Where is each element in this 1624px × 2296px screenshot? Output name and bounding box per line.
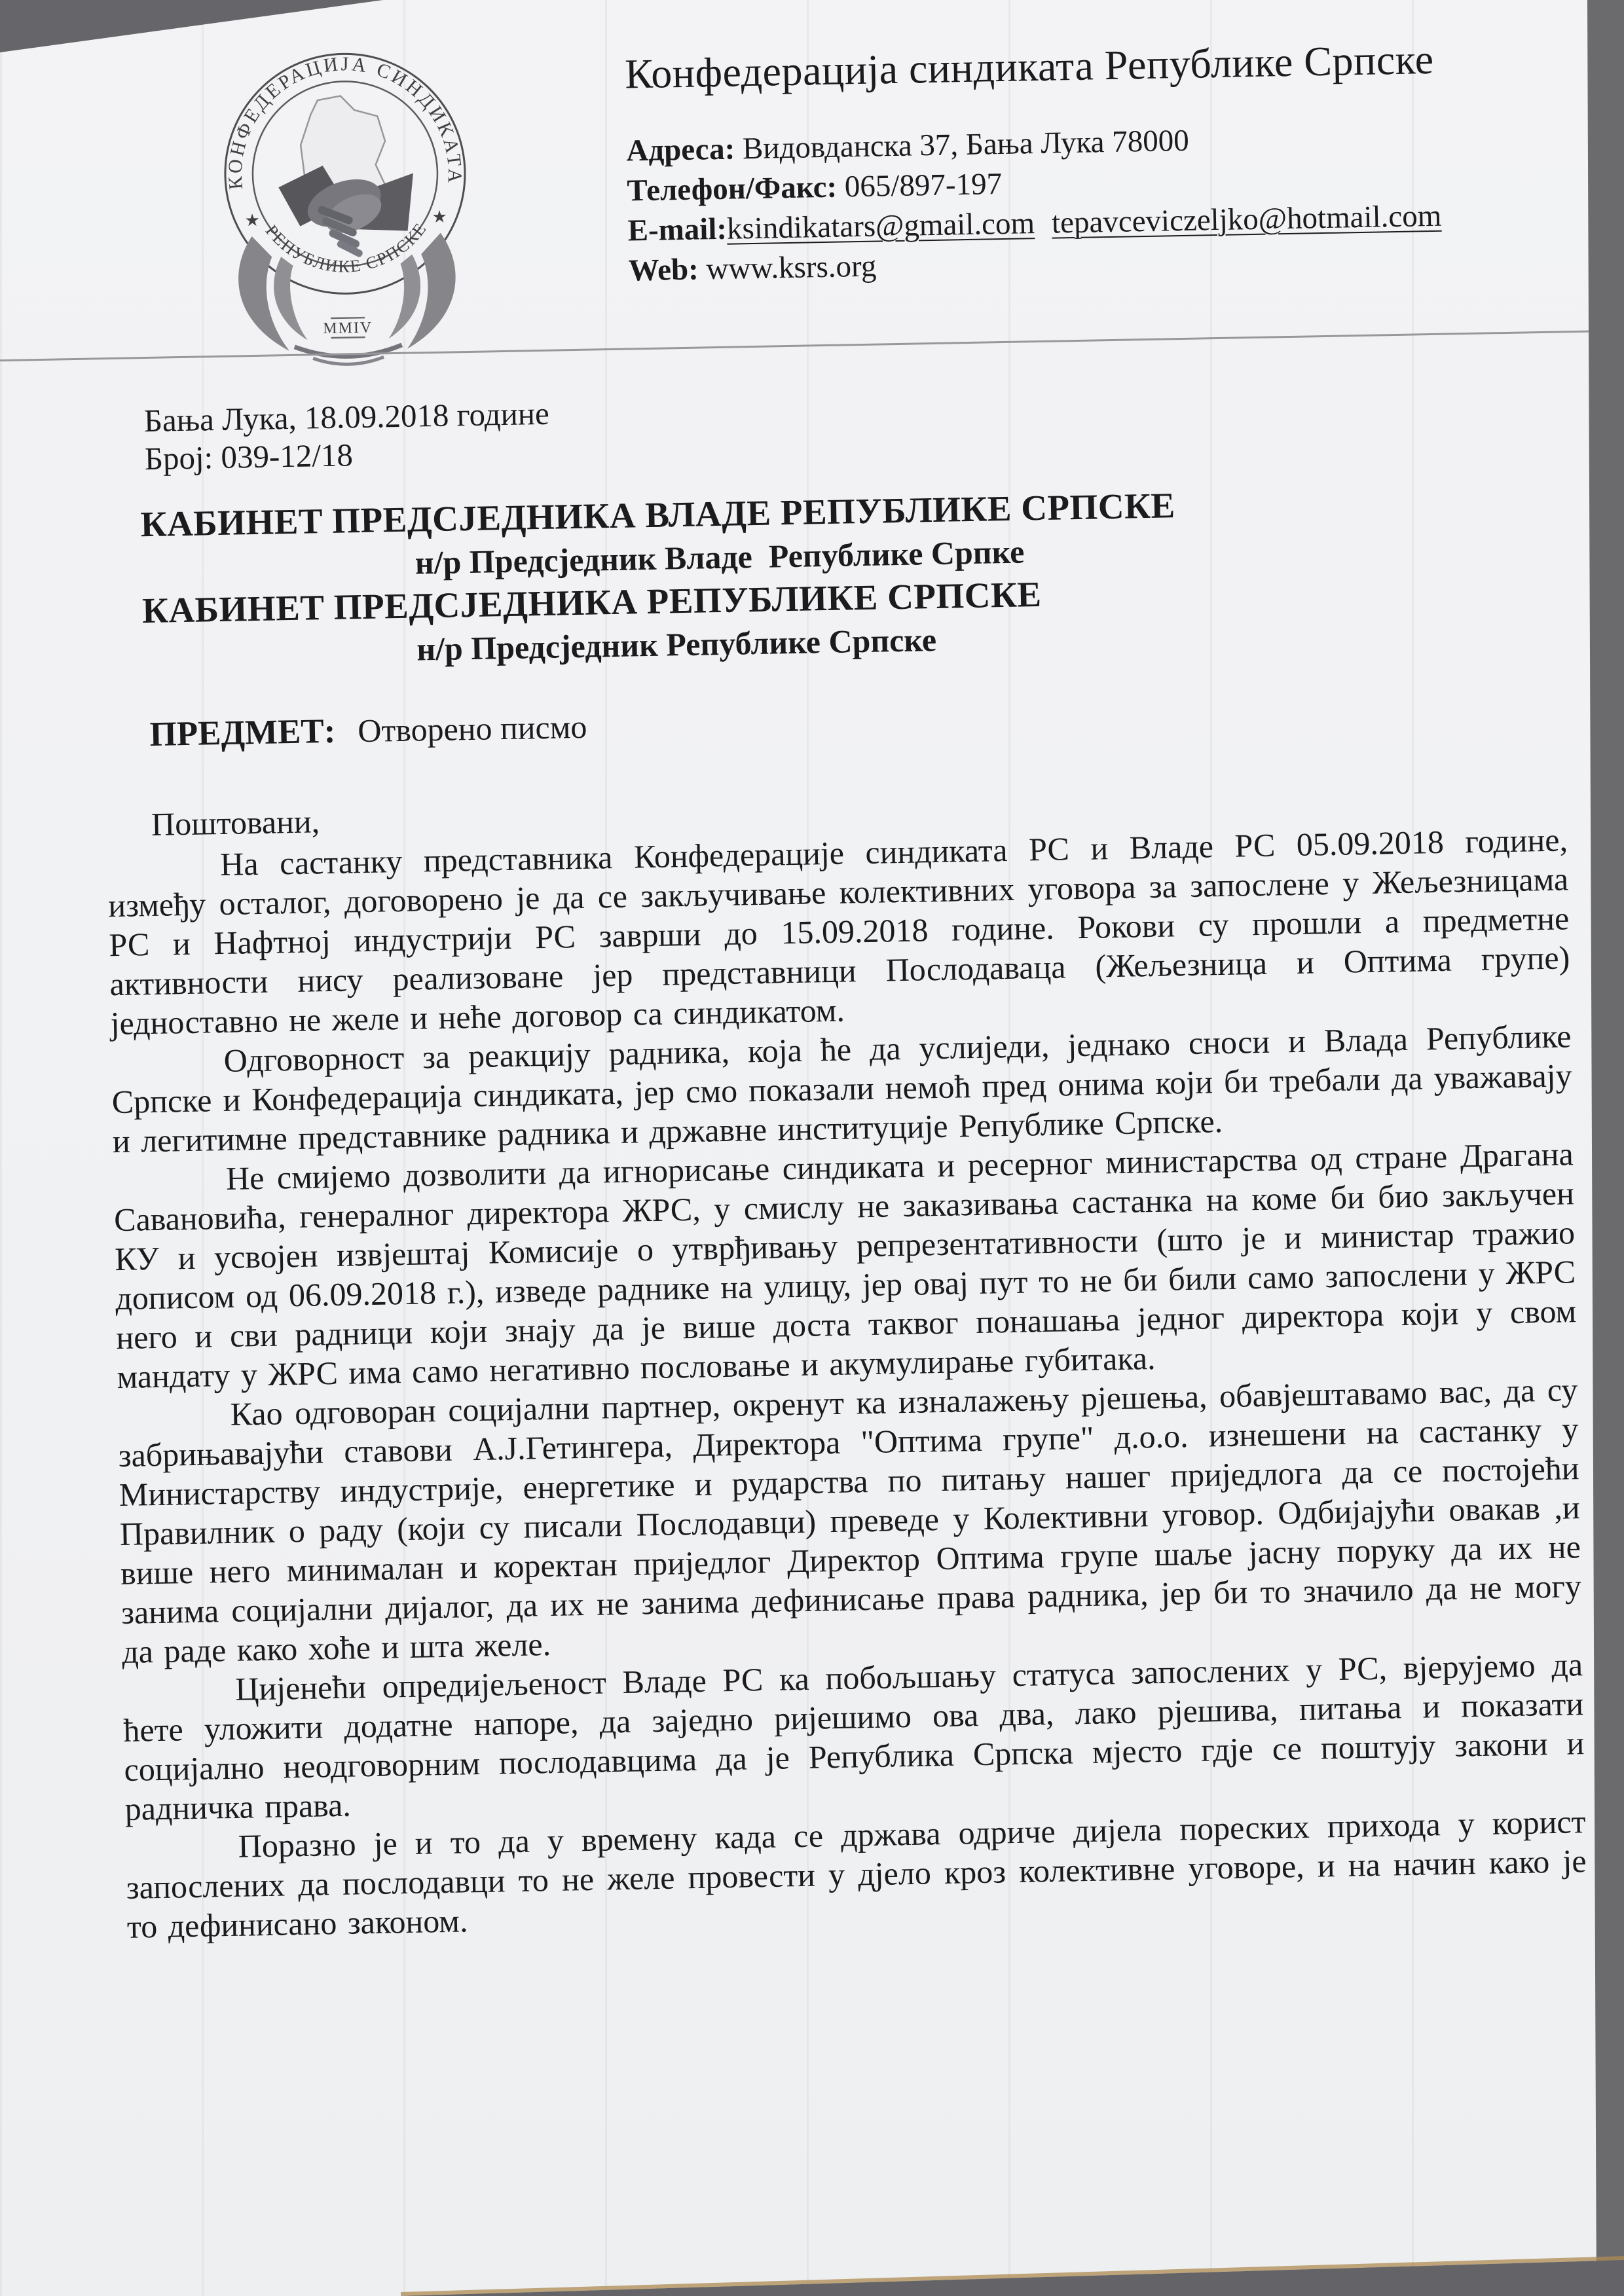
web-value: www.ksrs.org (706, 249, 877, 287)
email-secondary: tepavceviczeljko@hotmail.com (1052, 199, 1442, 240)
phone-value: 065/897-197 (844, 167, 1002, 204)
letter-body: На састанку представника Конфедерације с… (107, 820, 1587, 1946)
web-label: Web: (628, 253, 699, 288)
reference-number: Број: 039-12/18 (144, 433, 550, 478)
organization-seal: КОНФЕДЕРАЦИЈА СИНДИКАТА РЕПУБЛИКЕ СРПСКЕ… (185, 37, 506, 383)
recipients-block: КАБИНЕТ ПРЕДСЈЕДНИКА ВЛАДЕ РЕПУБЛИКЕ СРП… (140, 484, 1178, 676)
star-left-icon: ★ (244, 211, 260, 230)
email-label: E-mail: (627, 212, 727, 248)
body-paragraph-4: Као одговоран социјални партнер, окренут… (117, 1370, 1582, 1671)
email-primary: ksindikatars@gmail.com (727, 206, 1035, 246)
subject-line: ПРЕДМЕТ: Отворено писмо (149, 707, 587, 754)
letter-meta: Бања Лука, 18.09.2018 године Број: 039-1… (143, 395, 550, 478)
phone-label: Телефон/Факс: (627, 170, 838, 208)
seal-year-rule-top (331, 317, 365, 319)
organization-name: Конфедерација синдиката Републике Српске (625, 35, 1435, 99)
subject-value: Отворено писмо (358, 708, 587, 749)
body-paragraph-5: Цијенећи опредијељеност Владе РС ка побо… (122, 1645, 1585, 1829)
subject-label: ПРЕДМЕТ: (149, 712, 336, 754)
letterhead-contacts: Адреса: Видовданска 37, Бања Лука 78000 … (626, 117, 1443, 291)
star-right-icon: ★ (432, 208, 447, 227)
seal-year: MMIV (323, 319, 373, 337)
salutation: Поштовани, (151, 802, 320, 843)
address-value: Видовданска 37, Бања Лука 78000 (743, 124, 1190, 166)
body-paragraph-3: Не смијемо дозволити да игнорисање синди… (113, 1134, 1578, 1396)
place-date: Бања Лука, 18.09.2018 године (143, 395, 549, 440)
body-paragraph-1: На састанку представника Конфедерације с… (107, 820, 1571, 1043)
scanned-letter-page: КОНФЕДЕРАЦИЈА СИНДИКАТА РЕПУБЛИКЕ СРПСКЕ… (0, 0, 1624, 2296)
address-label: Адреса: (626, 132, 735, 168)
paper-content: КОНФЕДЕРАЦИЈА СИНДИКАТА РЕПУБЛИКЕ СРПСКЕ… (0, 0, 1624, 2295)
